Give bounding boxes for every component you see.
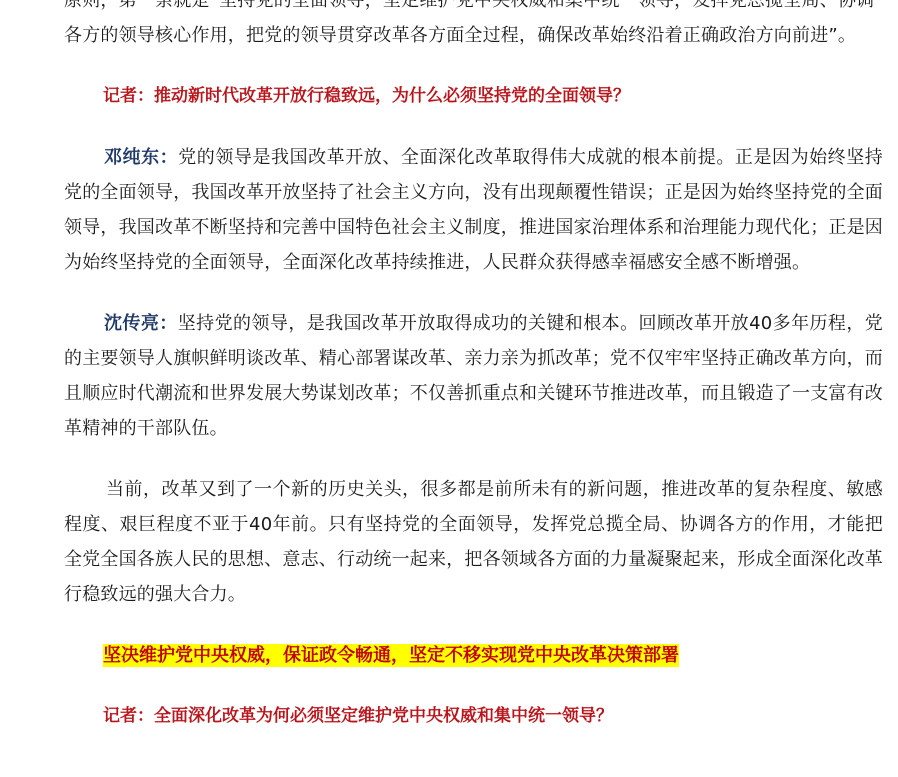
speaker-name-deng: 邓纯东： bbox=[104, 147, 178, 168]
intro-paragraph-line2: 各方的领导核心作用，把党的领导贯穿改革各方面全过程，确保改革始终沿着正确政治方向… bbox=[41, 18, 883, 53]
answer-paragraph-shen-continued: 当前，改革又到了一个新的历史关头，很多都是前所未有的新问题，推进改革的复杂程度、… bbox=[41, 472, 883, 612]
section-heading-wrap: 坚决维护党中央权威，保证政令畅通，坚定不移实现党中央改革决策部署 bbox=[41, 638, 883, 673]
speaker-name-shen: 沈传亮： bbox=[104, 313, 178, 334]
answer-paragraph-shen: 沈传亮：坚持党的领导，是我国改革开放取得成功的关键和根本。回顾改革开放40多年历… bbox=[41, 306, 883, 446]
answer-text-shen: 坚持党的领导，是我国改革开放取得成功的关键和根本。回顾改革开放40多年历程，党的… bbox=[64, 313, 883, 439]
section-heading: 坚决维护党中央权威，保证政令畅通，坚定不移实现党中央改革决策部署 bbox=[103, 644, 679, 667]
reporter-question-1: 记者：推动新时代改革开放行稳致远，为什么必须坚持党的全面领导？ bbox=[41, 79, 883, 114]
intro-paragraph-line1: 原则，第一条就是“坚持党的全面领导，坚定维护党中央权威和集中统一领导，发挥党总揽… bbox=[41, 0, 883, 18]
answer-text-deng: 党的领导是我国改革开放、全面深化改革取得伟大成就的根本前提。正是因为始终坚持党的… bbox=[64, 147, 883, 273]
reporter-question-2: 记者：全面深化改革为何必须坚定维护党中央权威和集中统一领导？ bbox=[41, 699, 883, 734]
answer-paragraph-deng: 邓纯东：党的领导是我国改革开放、全面深化改革取得伟大成就的根本前提。正是因为始终… bbox=[41, 140, 883, 280]
article-body: 原则，第一条就是“坚持党的全面领导，坚定维护党中央权威和集中统一领导，发挥党总揽… bbox=[41, 0, 883, 734]
